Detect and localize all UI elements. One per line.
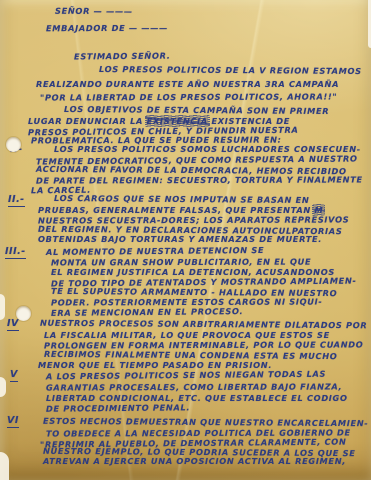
letter-line: MONTA UN GRAN SHOW PUBLICITARIO, EN EL Q… [51, 257, 311, 268]
handwritten-text: LOS PRESOS POLITICOS DE LA V REGION ESTA… [99, 64, 362, 76]
letter-line: LOS PRESOS POLITICOS DE LA V REGION ESTA… [99, 64, 362, 76]
letter-line: LIBERTAD CONDICIONAL, ETC. QUE ESTABLECE… [46, 393, 348, 403]
handwritten-text: ATREVAN A EJERCER UNA OPOSICION ACTIVA A… [43, 456, 346, 466]
letter-line: NUESTROS PROCESOS SON ARBITRARIAMENTE DI… [40, 318, 368, 331]
paper-tear [0, 294, 5, 320]
section-numeral: VI [7, 415, 19, 428]
section-numeral: V [10, 369, 18, 382]
handwritten-text: SEÑOR — ——— [55, 6, 133, 17]
handwritten-text: OBTENIDAS BAJO TORTURAS Y AMENAZAS DE MU… [38, 234, 322, 244]
letter-line: PRUEBAS, GENERALMENTE FALSAS, QUE PRESEN… [38, 205, 323, 215]
letter-line: ERA SE MENCIONAN EN EL PROCESO. [51, 306, 243, 318]
scanned-letter-page: SEÑOR — ———EMBAJADOR DE — ———ESTIMADO SE… [0, 0, 371, 480]
letter-line: LA FISCALIA MILITAR, LO QUE PROVOCA QUE … [44, 330, 330, 340]
handwritten-text: MENOR QUE EL TIEMPO PASADO EN PRISION. [38, 360, 272, 370]
letter-line: MENOR QUE EL TIEMPO PASADO EN PRISION. [38, 360, 272, 370]
handwritten-text: NUESTROS PROCESOS SON ARBITRARIAMENTE DI… [40, 318, 368, 331]
section-numeral: II.- [8, 194, 25, 207]
letter-line: REALIZANDO DURANTE ESTE AÑO NUESTRA 3RA … [36, 79, 339, 89]
letter-line: A LOS PRESOS POLITICOS SE NOS NIEGAN TOD… [46, 369, 326, 382]
letter-line: LOS CARGOS QUE SE NOS IMPUTAN SE BASAN E… [54, 193, 310, 205]
section-numeral: III.- [5, 246, 26, 259]
letter-line: AL MOMENTO DE NUESTRA DETENCION SE [46, 245, 264, 257]
salutation-line: ESTIMADO SEÑOR. [74, 51, 171, 62]
handwritten-text: LOS CARGOS QUE SE NOS IMPUTAN SE BASAN E… [54, 193, 310, 205]
paper-tear [0, 377, 6, 397]
letter-line: GARANTIAS PROCESALES, COMO LIBERTAD BAJO… [46, 381, 342, 392]
scribbled-out-word: M [314, 205, 323, 215]
handwritten-text: REALIZANDO DURANTE ESTE AÑO NUESTRA 3RA … [36, 79, 339, 89]
scribbled-out-word: EXISTENCIA [147, 116, 208, 126]
handwritten-text: "POR LA LIBERTAD DE LOS PRESOS POLITICOS… [40, 91, 337, 102]
hole-punch [16, 306, 31, 321]
handwritten-text: DE PROCEDIMIENTO PENAL. [46, 402, 190, 413]
section-numeral: IV [7, 318, 19, 331]
handwritten-text: EMBAJADOR DE — ——— [46, 23, 168, 33]
letter-line: LOS PRESOS POLITICOS SOMOS LUCHADORES CO… [54, 144, 361, 154]
letter-text-layer: SEÑOR — ———EMBAJADOR DE — ———ESTIMADO SE… [0, 0, 371, 480]
hole-punch [6, 137, 21, 152]
handwritten-text: A LOS PRESOS POLITICOS SE NOS NIEGAN TOD… [46, 369, 326, 382]
handwritten-text: ESTOS HECHOS DEMUESTRAN QUE NUESTRO ENCA… [43, 416, 369, 429]
letter-line: ATREVAN A EJERCER UNA OPOSICION ACTIVA A… [43, 456, 346, 466]
letter-line: ESTOS HECHOS DEMUESTRAN QUE NUESTRO ENCA… [43, 416, 369, 429]
letter-line: DE PROCEDIMIENTO PENAL. [46, 402, 190, 413]
addressee-line: SEÑOR — ——— [55, 6, 133, 17]
handwritten-text: ERA SE MENCIONAN EN EL PROCESO. [51, 306, 243, 318]
handwritten-text: ESTIMADO SEÑOR. [74, 51, 171, 62]
handwritten-text: GARANTIAS PROCESALES, COMO LIBERTAD BAJO… [46, 381, 342, 392]
letter-line: OBTENIDAS BAJO TORTURAS Y AMENAZAS DE MU… [38, 234, 322, 244]
handwritten-text: PRUEBAS, GENERALMENTE FALSAS, QUE PRESEN… [38, 205, 314, 215]
paper-tear [0, 452, 9, 480]
handwritten-text: LA FISCALIA MILITAR, LO QUE PROVOCA QUE … [44, 330, 330, 340]
handwritten-text: LUGAR DENUNCIAR LA [28, 116, 147, 126]
letter-line: "POR LA LIBERTAD DE LOS PRESOS POLITICOS… [40, 91, 337, 102]
handwritten-text: AL MOMENTO DE NUESTRA DETENCION SE [46, 245, 264, 257]
handwritten-text: LIBERTAD CONDICIONAL, ETC. QUE ESTABLECE… [46, 393, 348, 403]
addressee-line: EMBAJADOR DE — ——— [46, 23, 168, 33]
handwritten-text: LOS PRESOS POLITICOS SOMOS LUCHADORES CO… [54, 144, 361, 154]
handwritten-text: MONTA UN GRAN SHOW PUBLICITARIO, EN EL Q… [51, 257, 311, 268]
